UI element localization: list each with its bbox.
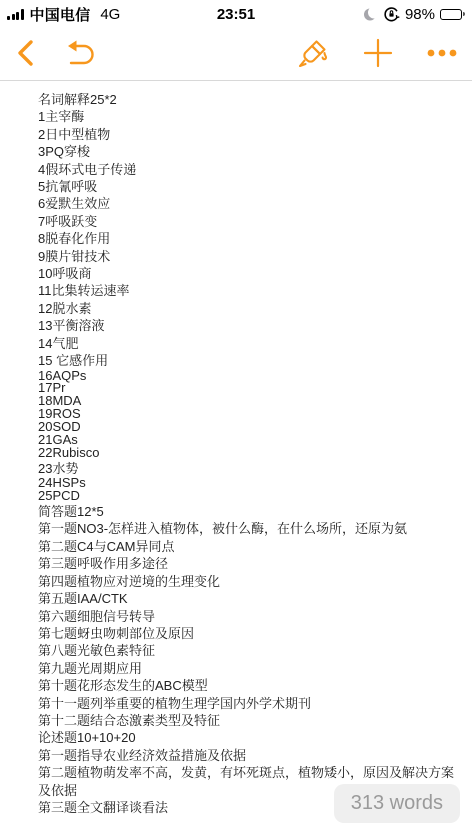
- carrier-label: 中国电信: [30, 4, 91, 25]
- note-line: 论述题10+10+20: [38, 729, 458, 746]
- note-line: 21GAs: [38, 434, 458, 447]
- format-brush-button[interactable]: [296, 37, 329, 70]
- note-line: 19ROS: [38, 408, 458, 421]
- note-line: 14气肥: [38, 335, 458, 352]
- note-line: 第七题蚜虫吻刺部位及原因: [38, 625, 458, 642]
- note-line: 3PQ穿梭: [38, 143, 458, 160]
- note-line: 第三题呼吸作用多途径: [38, 555, 458, 572]
- note-line: 第二题C4与CAM异同点: [38, 538, 458, 555]
- note-line: 17Pr: [38, 382, 458, 395]
- note-line: 23水势: [38, 460, 458, 477]
- note-line: 20SOD: [38, 421, 458, 434]
- note-line: 10呼吸商: [38, 265, 458, 282]
- chevron-left-icon: [15, 39, 35, 67]
- battery-icon: [440, 9, 465, 20]
- note-line: 简答题12*5: [38, 503, 458, 520]
- status-bar: 中国电信 4G 23:51 98%: [0, 0, 472, 26]
- note-line: 2日中型植物: [38, 126, 458, 143]
- back-button[interactable]: [15, 39, 35, 67]
- plus-icon: [363, 38, 393, 68]
- note-line: 16AQPs: [38, 370, 458, 383]
- note-line: 第十题花形态发生的ABC模型: [38, 677, 458, 694]
- note-line: 5抗氰呼吸: [38, 178, 458, 195]
- toolbar-right: [296, 37, 457, 70]
- note-line: 4假环式电子传递: [38, 161, 458, 178]
- toolbar-left: [15, 39, 96, 68]
- note-line: 6爱默生效应: [38, 195, 458, 212]
- note-line: 7呼吸跃变: [38, 213, 458, 230]
- note-line: 25PCD: [38, 490, 458, 503]
- note-line: 9膜片钳技术: [38, 248, 458, 265]
- note-line: 第五题IAA/CTK: [38, 590, 458, 607]
- note-line: 第四题植物应对逆境的生理变化: [38, 573, 458, 590]
- note-line: 第十二题结合态激素类型及特征: [38, 712, 458, 729]
- note-line: 第一题指导农业经济效益措施及依据: [38, 747, 458, 764]
- toolbar: [0, 26, 472, 81]
- note-line: 12脱水素: [38, 300, 458, 317]
- note-line: 1主宰酶: [38, 108, 458, 125]
- ellipsis-icon: [427, 48, 457, 58]
- note-line: 18MDA: [38, 395, 458, 408]
- note-line: 第九题光周期应用: [38, 660, 458, 677]
- undo-icon: [63, 39, 96, 68]
- note-line: 第一题NO3-怎样进入植物体，被什么酶，在什么场所，还原为氨: [38, 520, 458, 537]
- note-line: 名词解释25*2: [38, 91, 458, 108]
- signal-strength-icon: [7, 9, 24, 20]
- note-line: 第八题光敏色素特征: [38, 642, 458, 659]
- note-line: 11比集转运速率: [38, 282, 458, 299]
- screen: 中国电信 4G 23:51 98%: [0, 0, 472, 839]
- more-button[interactable]: [427, 48, 457, 58]
- word-count-badge: 313 words: [334, 784, 460, 823]
- note-line: 22Rubisco: [38, 447, 458, 460]
- note-line: 15 它感作用: [38, 352, 458, 369]
- status-right: 98%: [363, 6, 465, 23]
- note-editor[interactable]: 名词解释25*21主宰酶2日中型植物3PQ穿梭4假环式电子传递5抗氰呼吸6爱默生…: [0, 81, 472, 816]
- note-line: 13平衡溶液: [38, 317, 458, 334]
- note-line: 第十一题列举重要的植物生理学国内外学术期刊: [38, 695, 458, 712]
- network-type-label: 4G: [100, 6, 120, 23]
- undo-button[interactable]: [63, 39, 96, 68]
- orientation-lock-icon: [383, 6, 400, 23]
- add-button[interactable]: [363, 38, 393, 68]
- note-line: 第六题细胞信号转导: [38, 608, 458, 625]
- note-line: 8脱春化作用: [38, 230, 458, 247]
- status-left: 中国电信 4G: [7, 4, 120, 25]
- paint-brush-icon: [296, 37, 329, 70]
- note-line: 24HSPs: [38, 477, 458, 490]
- do-not-disturb-moon-icon: [363, 7, 378, 22]
- battery-percent-label: 98%: [405, 6, 435, 23]
